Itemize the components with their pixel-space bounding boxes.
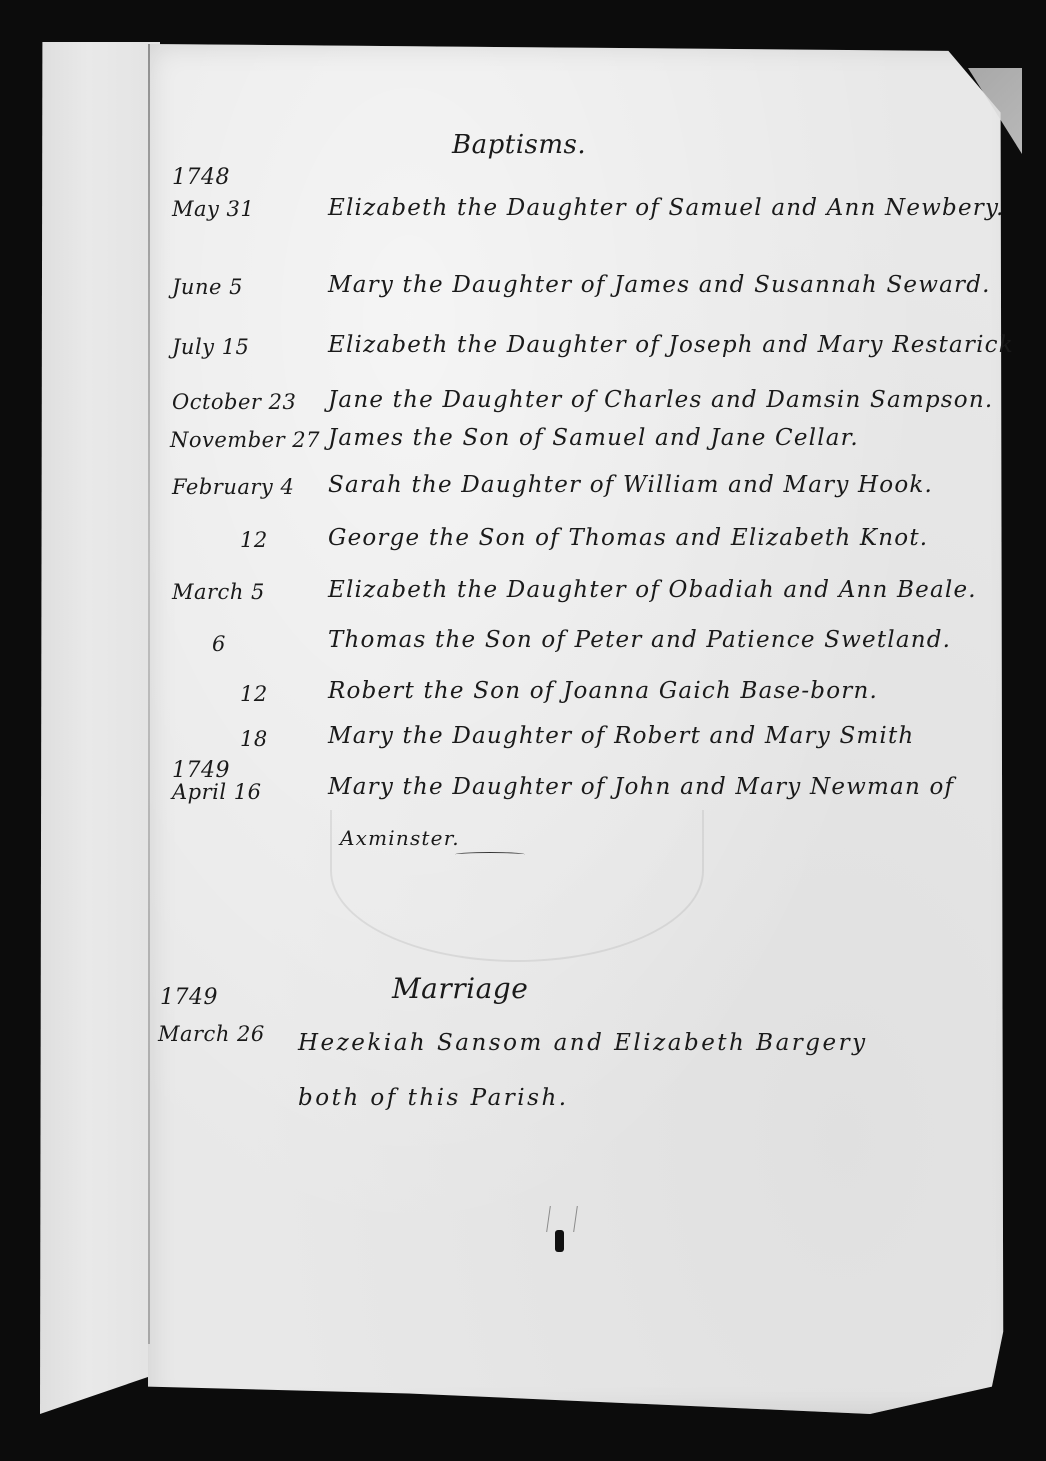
entry-date: February 4 <box>172 475 312 499</box>
baptism-entry: Jane the Daughter of Charles and Damsin … <box>328 387 993 413</box>
baptisms-heading: Baptisms. <box>452 130 586 160</box>
baptism-entry: Elizabeth the Daughter of Samuel and Ann… <box>328 195 1005 221</box>
marriage-entry: Hezekiah Sansom and Elizabeth Bargery <box>298 1030 868 1056</box>
baptism-entry: Thomas the Son of Peter and Patience Swe… <box>328 627 951 653</box>
entry-date: May 31 <box>172 197 312 221</box>
baptism-entry: Elizabeth the Daughter of Obadiah and An… <box>328 577 977 603</box>
entry-date: July 15 <box>172 335 312 359</box>
marriage-heading: Marriage <box>392 972 528 1005</box>
baptism-entry: Mary the Daughter of Robert and Mary Smi… <box>328 723 914 749</box>
marriage-entry-continuation: both of this Parish. <box>298 1085 569 1111</box>
underlying-page-edge <box>40 42 160 1414</box>
entry-date: October 23 <box>172 390 312 414</box>
entry-date: November 27 <box>170 428 310 452</box>
baptism-entry: James the Son of Samuel and Jane Cellar. <box>328 425 859 451</box>
ink-blot <box>555 1230 564 1252</box>
year-1748: 1748 <box>172 165 230 190</box>
page-fold-line <box>148 44 150 1344</box>
entry-date: June 5 <box>172 275 312 299</box>
baptism-entry: Mary the Daughter of John and Mary Newma… <box>328 774 954 800</box>
baptism-entry: George the Son of Thomas and Elizabeth K… <box>328 525 928 551</box>
entry-date: March 5 <box>172 580 312 604</box>
baptism-entry: Elizabeth the Daughter of Joseph and Mar… <box>328 332 1014 358</box>
ink-blot-stroke <box>546 1206 578 1232</box>
baptism-entry: Mary the Daughter of James and Susannah … <box>328 272 991 298</box>
baptism-entry: Robert the Son of Joanna Gaich Base-born… <box>328 678 878 704</box>
baptism-entry-continuation: Axminster. <box>340 826 460 850</box>
marriage-date: March 26 <box>158 1022 298 1046</box>
baptism-entry: Sarah the Daughter of William and Mary H… <box>328 472 933 498</box>
ink-flourish <box>455 852 525 857</box>
marriage-year: 1749 <box>160 985 218 1010</box>
entry-date: April 16 <box>172 780 312 804</box>
